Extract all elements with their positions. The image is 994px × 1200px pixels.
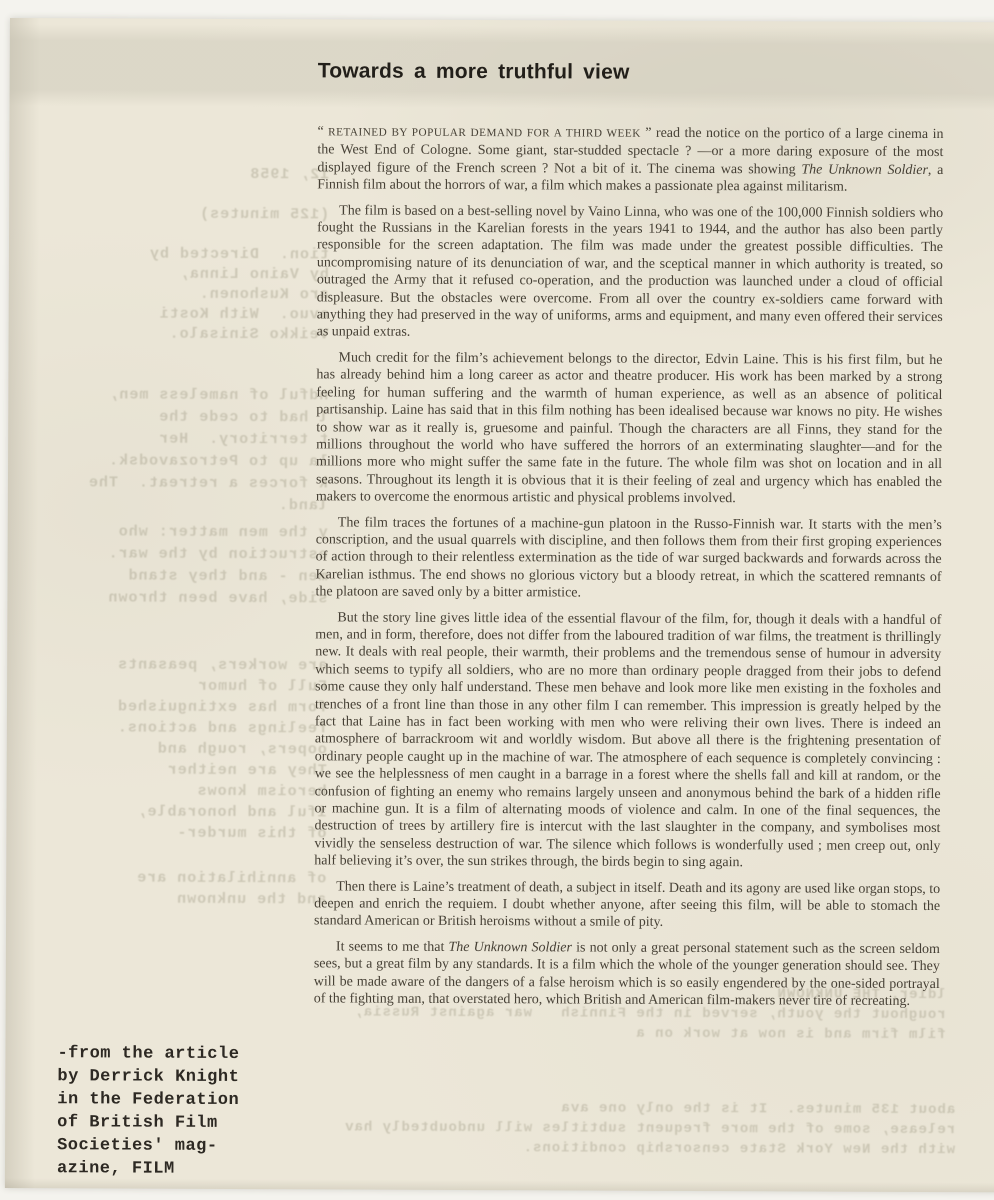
document-page: 12, 1958(125 minutes)tion. Directed byby… xyxy=(5,18,994,1192)
showthrough-line: estruction by the war. xyxy=(48,543,328,566)
attribution-line: by Derrick Knight xyxy=(57,1065,239,1089)
showthrough-line: about 135 minutes. It is the only one av… xyxy=(325,1097,955,1120)
article-paragraph: Much credit for the film’s achievement b… xyxy=(316,349,943,508)
article-paragraph: It seems to me that The Unknown Soldier … xyxy=(314,938,940,1010)
text-run: The film traces the fortunes of a machin… xyxy=(315,515,941,601)
showthrough-line: l had to cede the xyxy=(48,406,328,429)
text-run: The film is based on a best-selling nove… xyxy=(317,203,944,340)
showthrough-line: tion. Directed by xyxy=(49,244,329,265)
attribution-line: azine, FILM xyxy=(57,1157,239,1181)
scan-background: 12, 1958(125 minutes)tion. Directed byby… xyxy=(0,0,994,1200)
showthrough-line: form has extinguished xyxy=(47,696,327,718)
text-run: It seems to me that xyxy=(336,939,449,954)
showthrough-line: avuo. With Kosti xyxy=(49,304,329,325)
showthrough-text: about 135 minutes. It is the only one av… xyxy=(325,1097,955,1160)
showthrough-text: y the men matter: whoestruction by the w… xyxy=(47,521,327,610)
showthrough-line: by Vaino Linna, xyxy=(49,264,329,285)
text-run: Then there is Laine’s treatment of death… xyxy=(314,879,940,930)
showthrough-text: tion. Directed byby Vaino Linna,aro Kush… xyxy=(49,244,329,345)
attribution-line: of British Film xyxy=(57,1111,239,1135)
attribution-line: in the Federation xyxy=(57,1088,239,1112)
showthrough-line: men - and they stand xyxy=(48,565,328,588)
showthrough-line: (125 minutes) xyxy=(49,194,329,235)
showthrough-text: of annihilation areand the unknown xyxy=(46,867,326,910)
article-body: “ RETAINED BY POPULAR DEMAND FOR A THIRD… xyxy=(314,123,944,1010)
text-run: The Unknown Soldier xyxy=(801,162,928,178)
showthrough-line: are workers, peasants xyxy=(47,654,327,676)
showthrough-line: land. xyxy=(48,494,328,517)
article-paragraph: Then there is Laine’s treatment of death… xyxy=(314,878,940,933)
text-run: The Unknown Soldier xyxy=(448,940,572,956)
showthrough-line: k forces a retreat. The xyxy=(48,472,328,495)
article-paragraph: The film traces the fortunes of a machin… xyxy=(315,514,941,604)
showthrough-line: 12, 1958 xyxy=(49,154,329,195)
showthrough-line: y the men matter: who xyxy=(48,521,328,544)
article-paragraph: “ RETAINED BY POPULAR DEMAND FOR A THIRD… xyxy=(317,123,943,196)
text-run: But the story line gives little idea of … xyxy=(314,610,941,870)
text-run: RETAINED BY POPULAR DEMAND FOR A THIRD W… xyxy=(328,126,641,139)
showthrough-text: ndful of nameless men,l had to cede thet… xyxy=(48,384,329,517)
showthrough-line: of this murder- xyxy=(46,822,326,844)
showthrough-line: Full of humor xyxy=(47,675,327,697)
showthrough-line: t territory. Her xyxy=(48,428,328,451)
attribution-line: -from the article xyxy=(57,1042,239,1066)
showthrough-text: 12, 1958(125 minutes) xyxy=(49,154,329,235)
text-run: Much credit for the film’s achievement b… xyxy=(316,350,943,506)
showthrough-line: heroism knows xyxy=(47,780,327,802)
showthrough-line: and the unknown xyxy=(46,888,326,910)
showthrough-line: Veikko Sinisalo. xyxy=(49,324,329,345)
showthrough-line: feelings and actions. xyxy=(47,717,327,739)
showthrough-line: la up to Petrozavodsk. xyxy=(48,450,328,473)
attribution-note: -from the articleby Derrick Knightin the… xyxy=(57,1042,240,1181)
showthrough-line: ndful of nameless men, xyxy=(48,384,328,407)
showthrough-line: film firm and is now at work on a xyxy=(326,1022,946,1045)
showthrough-line: release, some of the more frequent subti… xyxy=(325,1117,955,1140)
article-paragraph: The film is based on a best-selling nove… xyxy=(317,202,944,344)
showthrough-line: side, have been thrown xyxy=(47,587,327,610)
attribution-line: Societies' mag- xyxy=(57,1134,239,1158)
showthrough-line: iful and honorable, xyxy=(46,801,326,823)
showthrough-line: They are neither xyxy=(47,759,327,781)
showthrough-line: oopers, rough and xyxy=(47,738,327,760)
text-run: “ xyxy=(317,124,328,139)
showthrough-line: aro Kushonen. xyxy=(49,284,329,305)
article-paragraph: But the story line gives little idea of … xyxy=(314,609,941,873)
showthrough-text: are workers, peasantsFull of humorform h… xyxy=(46,654,327,844)
article-title: Towards a more truthful view xyxy=(318,59,630,84)
showthrough-line: with the New York State censorship condi… xyxy=(325,1137,955,1160)
showthrough-line: of annihilation are xyxy=(46,867,326,889)
